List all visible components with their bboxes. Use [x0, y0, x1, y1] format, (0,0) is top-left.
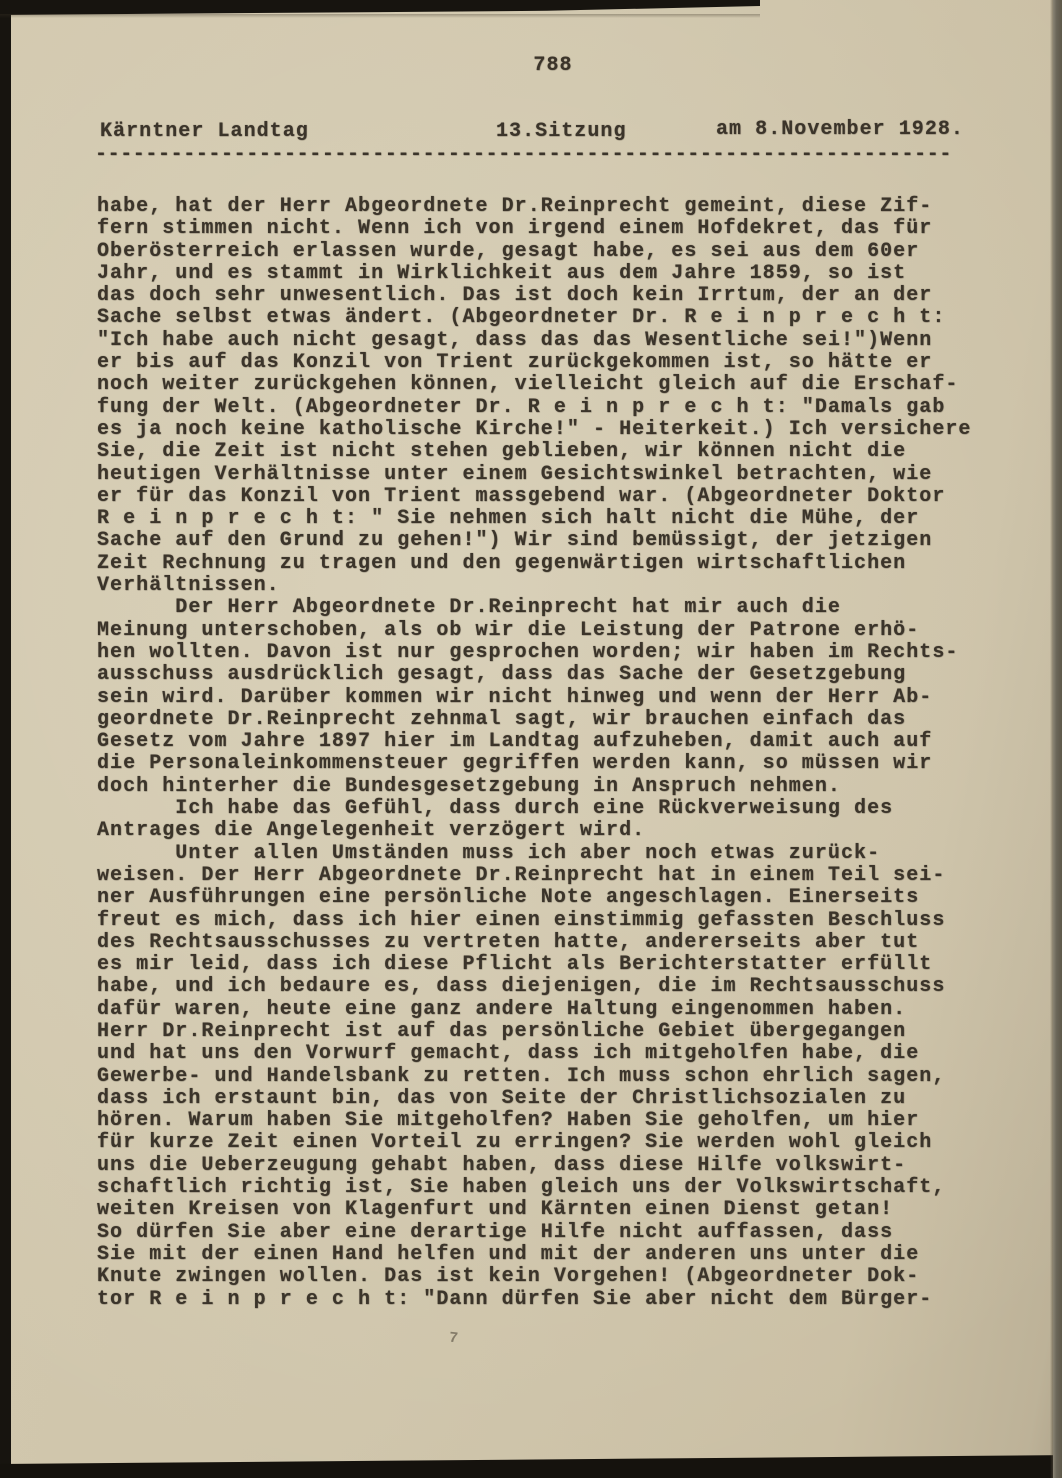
text-line: hören. Warum haben Sie mitgeholfen? Habe…: [97, 1110, 1027, 1132]
text-line: schaftlich richtig ist, Sie haben gleich…: [97, 1177, 1027, 1199]
scanned-document-page: 788 Kärntner Landtag 13.Sitzung am 8.Nov…: [0, 0, 1062, 1478]
text-line: sein wird. Darüber kommen wir nicht hinw…: [97, 687, 1027, 709]
text-line: ner Ausführungen eine persönliche Note a…: [97, 887, 1027, 909]
text-line: Herr Dr.Reinprecht ist auf das persönlic…: [97, 1021, 1027, 1043]
text-line: Sache auf den Grund zu gehen!") Wir sind…: [97, 530, 1027, 552]
text-line: die Personaleinkommensteuer gegriffen we…: [97, 753, 1027, 775]
text-line: "Ich habe auch nicht gesagt, dass das da…: [97, 330, 1027, 352]
text-line: heutigen Verhältnisse unter einem Gesich…: [97, 464, 1027, 486]
text-line: habe, und ich bedaure es, dass diejenige…: [97, 976, 1027, 998]
text-line: R e i n p r e c h t: " Sie nehmen sich h…: [97, 508, 1027, 530]
text-line: Meinung unterschoben, als ob wir die Lei…: [97, 620, 1027, 642]
text-line: uns die Ueberzeugung gehabt haben, dass …: [97, 1155, 1027, 1177]
text-line: Sache selbst etwas ändert. (Abgeordneter…: [97, 307, 1027, 329]
text-line: Knute zwingen wollen. Das ist kein Vorge…: [97, 1266, 1027, 1288]
text-line: fung der Welt. (Abgeordneter Dr. R e i n…: [97, 397, 1027, 419]
text-line: tor R e i n p r e c h t: "Dann dürfen Si…: [97, 1289, 1027, 1311]
scan-edge-top: [0, 0, 760, 15]
text-line: er für das Konzil von Trient massgebend …: [97, 486, 1027, 508]
page-number: 788: [533, 54, 572, 77]
text-line: Ich habe das Gefühl, dass durch eine Rüc…: [97, 798, 1027, 820]
scan-edge-left: [0, 0, 11, 1478]
text-line: er bis auf das Konzil von Trient zurückg…: [97, 352, 1027, 374]
text-line: hen wollten. Davon ist nur gesprochen wo…: [97, 642, 1027, 664]
text-line: noch weiter zurückgehen können, vielleic…: [97, 374, 1027, 396]
text-line: des Rechtsausschusses zu vertreten hatte…: [97, 932, 1027, 954]
text-line: Verhältnissen.: [97, 575, 1027, 597]
text-line: fern stimmen nicht. Wenn ich von irgend …: [97, 218, 1027, 240]
scan-edge-bottom: [0, 1452, 1062, 1478]
text-line: Antrages die Angelegenheit verzögert wir…: [97, 820, 1027, 842]
text-line: Jahr, und es stammt in Wirklichkeit aus …: [97, 263, 1027, 285]
text-line: für kurze Zeit einen Vorteil zu erringen…: [97, 1132, 1027, 1154]
text-line: es ja noch keine katholische Kirche!" - …: [97, 419, 1027, 441]
text-line: es mir leid, dass ich diese Pflicht als …: [97, 954, 1027, 976]
body-text: habe, hat der Herr Abgeordnete Dr.Reinpr…: [97, 196, 1027, 1311]
text-line: Zeit Rechnung zu tragen und den gegenwär…: [97, 553, 1027, 575]
text-line: freut es mich, dass ich hier einen einst…: [97, 910, 1027, 932]
text-line: Sie mit der einen Hand helfen und mit de…: [97, 1244, 1027, 1266]
text-line: dass ich erstaunt bin, das von Seite der…: [97, 1088, 1027, 1110]
text-line: Gewerbe- und Handelsbank zu retten. Ich …: [97, 1066, 1027, 1088]
header-session-number: 13.Sitzung: [496, 120, 627, 143]
text-line: habe, hat der Herr Abgeordnete Dr.Reinpr…: [97, 196, 1027, 218]
header-date: am 8.November 1928.: [716, 118, 964, 141]
text-line: dafür waren, heute eine ganz andere Halt…: [97, 999, 1027, 1021]
text-line: Der Herr Abgeordnete Dr.Reinprecht hat m…: [97, 597, 1027, 619]
text-line: So dürfen Sie aber eine derartige Hilfe …: [97, 1222, 1027, 1244]
text-line: Unter allen Umständen muss ich aber noch…: [97, 843, 1027, 865]
scan-edge-right: [1053, 0, 1062, 1478]
text-line: das doch sehr unwesentlich. Das ist doch…: [97, 285, 1027, 307]
text-line: weiten Kreisen von Klagenfurt und Kärnte…: [97, 1199, 1027, 1221]
paper-shadow: [0, 14, 760, 18]
header-title: Kärntner Landtag: [100, 120, 309, 143]
text-line: geordnete Dr.Reinprecht zehnmal sagt, wi…: [97, 709, 1027, 731]
header-divider-dashes: ----------------------------------------…: [95, 143, 991, 169]
text-line: weisen. Der Herr Abgeordnete Dr.Reinprec…: [97, 865, 1027, 887]
text-line: doch hinterher die Bundesgesetzgebung in…: [97, 776, 1027, 798]
text-line: Gesetz vom Jahre 1897 hier im Landtag au…: [97, 731, 1027, 753]
ink-speck: 7: [448, 1330, 460, 1348]
text-line: und hat uns den Vorwurf gemacht, dass ic…: [97, 1043, 1027, 1065]
text-line: Sie, die Zeit ist nicht stehen geblieben…: [97, 441, 1027, 463]
text-line: Oberösterreich erlassen wurde, gesagt ha…: [97, 241, 1027, 263]
text-line: ausschuss ausdrücklich gesagt, dass das …: [97, 664, 1027, 686]
